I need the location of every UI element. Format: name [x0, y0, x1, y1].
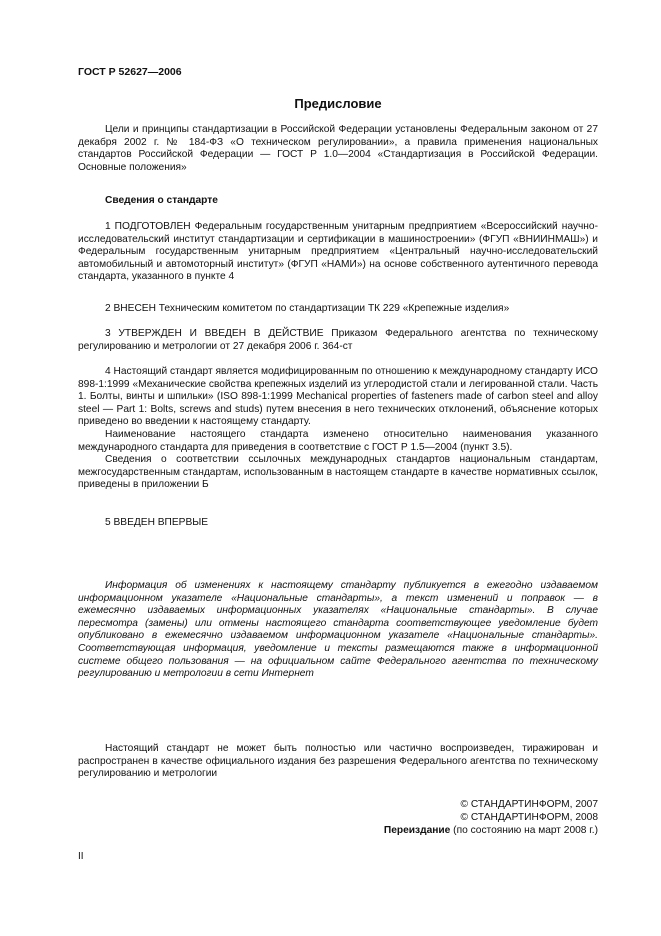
copyright-notice-paragraph: Настоящий стандарт не может быть полност…	[78, 743, 598, 781]
page-number: II	[78, 851, 84, 862]
reissue-detail: (по состоянию на март 2008 г.)	[450, 825, 598, 836]
item-4-references-note: Сведения о соответствии ссылочных междун…	[78, 454, 598, 492]
copyright-2007: © СТАНДАРТИНФОРМ, 2007	[78, 798, 598, 811]
info-heading: Сведения о стандарте	[105, 195, 218, 206]
item-3-paragraph: 3 УТВЕРЖДЕН И ВВЕДЕН В ДЕЙСТВИЕ Приказом…	[78, 328, 598, 353]
reissue-line: Переиздание (по состоянию на март 2008 г…	[78, 824, 598, 837]
intro-paragraph: Цели и принципы стандартизации в Российс…	[78, 124, 598, 174]
copyright-2008: © СТАНДАРТИНФОРМ, 2008	[78, 811, 598, 824]
page-title: Предисловие	[78, 96, 598, 111]
item-4-name-note: Наименование настоящего стандарта измене…	[78, 429, 598, 454]
reissue-label: Переиздание	[384, 825, 450, 836]
changes-notice-paragraph: Информация об изменениях к настоящему ст…	[78, 580, 598, 681]
item-1-paragraph: 1 ПОДГОТОВЛЕН Федеральным государственны…	[78, 221, 598, 284]
item-2-paragraph: 2 ВНЕСЕН Техническим комитетом по станда…	[78, 303, 598, 316]
item-4-paragraph: 4 Настоящий стандарт является модифициро…	[78, 366, 598, 429]
document-id-header: ГОСТ Р 52627—2006	[78, 66, 182, 78]
item-5-paragraph: 5 ВВЕДЕН ВПЕРВЫЕ	[78, 517, 598, 530]
